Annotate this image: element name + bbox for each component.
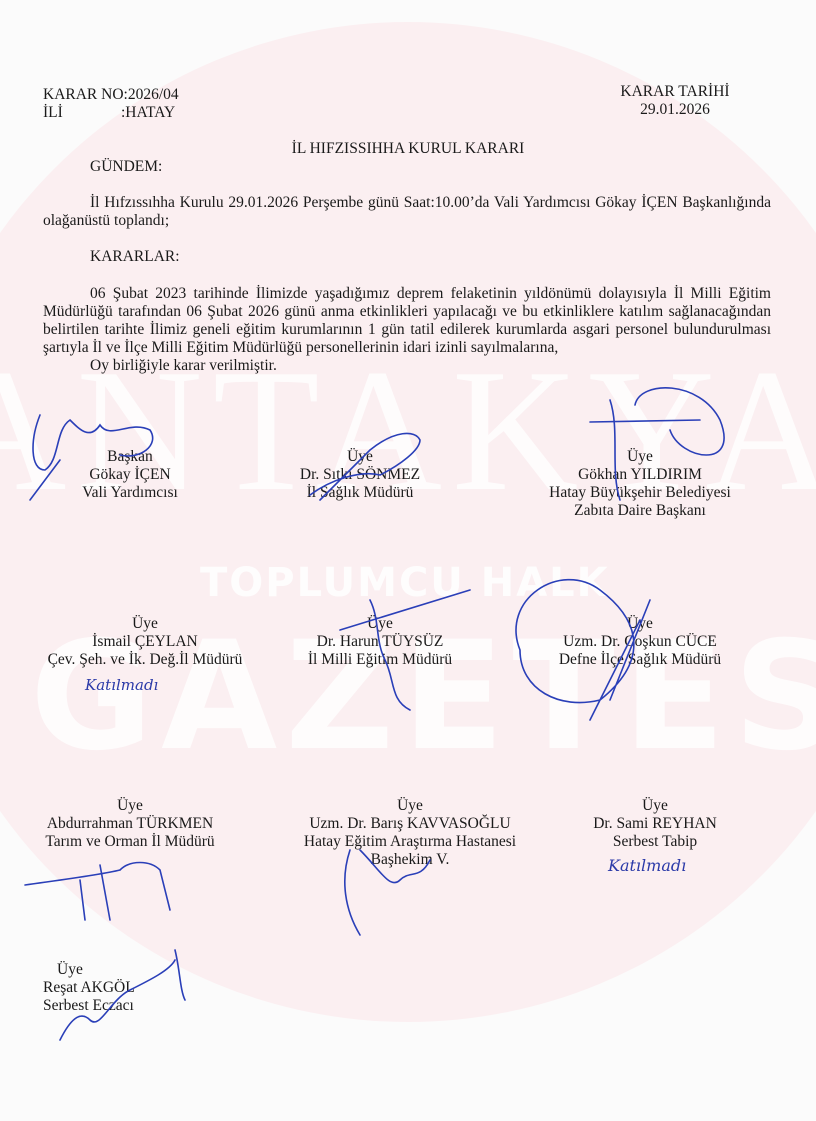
- signatory-title: Serbest Eczacı: [30, 997, 150, 1015]
- agenda-text: İl Hıfzıssıhha Kurulu 29.01.2026 Perşemb…: [43, 194, 771, 230]
- signatory-role: Üye: [280, 615, 480, 633]
- signatory-role: Üye: [20, 797, 240, 815]
- signatory-block: Üye Dr. Sami REYHAN Serbest Tabip: [555, 797, 755, 851]
- decision-date: 29.01.2026: [600, 101, 750, 119]
- signatory-role: Üye: [520, 615, 760, 633]
- signatory-role: Üye: [275, 797, 545, 815]
- signatory-title: Hatay Eğitim Araştırma Hastanesi: [275, 833, 545, 851]
- signatory-title: İl Sağlık Müdürü: [260, 484, 460, 502]
- signatory-name: Reşat AKGÖL: [30, 979, 150, 997]
- signatory-name: Gökay İÇEN: [30, 466, 230, 484]
- document-page: KARAR NO:2026/04 İLİ:HATAY KARAR TARİHİ …: [0, 0, 816, 1121]
- signatory-name: Dr. Harun TÜYSÜZ: [280, 633, 480, 651]
- signatory-block: Üye Dr. Sıtkı SÖNMEZ İl Sağlık Müdürü: [260, 448, 460, 502]
- header-left: KARAR NO:2026/04 İLİ:HATAY: [43, 86, 179, 122]
- signatory-role: Üye: [520, 448, 760, 466]
- signatory-title: Çev. Şeh. ve İk. Değ.İl Müdürü: [20, 651, 270, 669]
- signatory-title: Tarım ve Orman İl Müdürü: [20, 833, 240, 851]
- signatory-role: Üye: [555, 797, 755, 815]
- decisions-closing: Oy birliğiyle karar verilmiştir.: [90, 357, 816, 375]
- decisions-text: 06 Şubat 2023 tarihinde İlimizde yaşadığ…: [43, 285, 771, 357]
- decision-date-label: KARAR TARİHİ: [600, 83, 750, 101]
- document-title: İL HIFZISSIHHA KURUL KARARI: [0, 140, 816, 158]
- signatory-title: Defne İlçe Sağlık Müdürü: [520, 651, 760, 669]
- signatory-title: İl Milli Eğitim Müdürü: [280, 651, 480, 669]
- absent-note: Katılmadı: [608, 856, 686, 875]
- signatory-title: Zabıta Daire Başkanı: [520, 502, 760, 520]
- signatory-name: Dr. Sami REYHAN: [555, 815, 755, 833]
- signatory-name: Abdurrahman TÜRKMEN: [20, 815, 240, 833]
- signatory-role: Üye: [20, 615, 270, 633]
- signatory-block: Başkan Gökay İÇEN Vali Yardımcısı: [30, 448, 230, 502]
- signatory-title: Hatay Büyükşehir Belediyesi: [520, 484, 760, 502]
- signatory-title: Serbest Tabip: [555, 833, 755, 851]
- signatory-title: Vali Yardımcısı: [30, 484, 230, 502]
- signatory-role: Başkan: [30, 448, 230, 466]
- decision-no-label: KARAR NO:: [43, 86, 128, 104]
- signatory-name: Dr. Sıtkı SÖNMEZ: [260, 466, 460, 484]
- decision-no: 2026/04: [128, 86, 179, 104]
- signatory-block: Üye Abdurrahman TÜRKMEN Tarım ve Orman İ…: [20, 797, 240, 851]
- decisions-heading: KARARLAR:: [90, 248, 816, 266]
- signatory-block: Üye Uzm. Dr. Coşkun CÜCE Defne İlçe Sağl…: [520, 615, 760, 669]
- province-label: İLİ: [43, 104, 121, 122]
- signatory-name: Gökhan YILDIRIM: [520, 466, 760, 484]
- signatory-name: Uzm. Dr. Coşkun CÜCE: [520, 633, 760, 651]
- signatory-role: Üye: [30, 961, 150, 979]
- signatory-block: Üye Gökhan YILDIRIM Hatay Büyükşehir Bel…: [520, 448, 760, 520]
- signatory-name: İsmail ÇEYLAN: [20, 633, 270, 651]
- signatory-role: Üye: [260, 448, 460, 466]
- signatory-block: Üye Dr. Harun TÜYSÜZ İl Milli Eğitim Müd…: [280, 615, 480, 669]
- agenda-heading: GÜNDEM:: [90, 158, 816, 176]
- absent-note: Katılmadı: [85, 676, 158, 694]
- header-right: KARAR TARİHİ 29.01.2026: [600, 83, 750, 119]
- signatory-name: Uzm. Dr. Barış KAVVASOĞLU: [275, 815, 545, 833]
- signatory-block: Üye Reşat AKGÖL Serbest Eczacı: [30, 961, 150, 1015]
- signatory-block: Üye İsmail ÇEYLAN Çev. Şeh. ve İk. Değ.İ…: [20, 615, 270, 669]
- signatory-title: Başhekim V.: [275, 851, 545, 869]
- signatory-block: Üye Uzm. Dr. Barış KAVVASOĞLU Hatay Eğit…: [275, 797, 545, 869]
- province: :HATAY: [121, 104, 175, 122]
